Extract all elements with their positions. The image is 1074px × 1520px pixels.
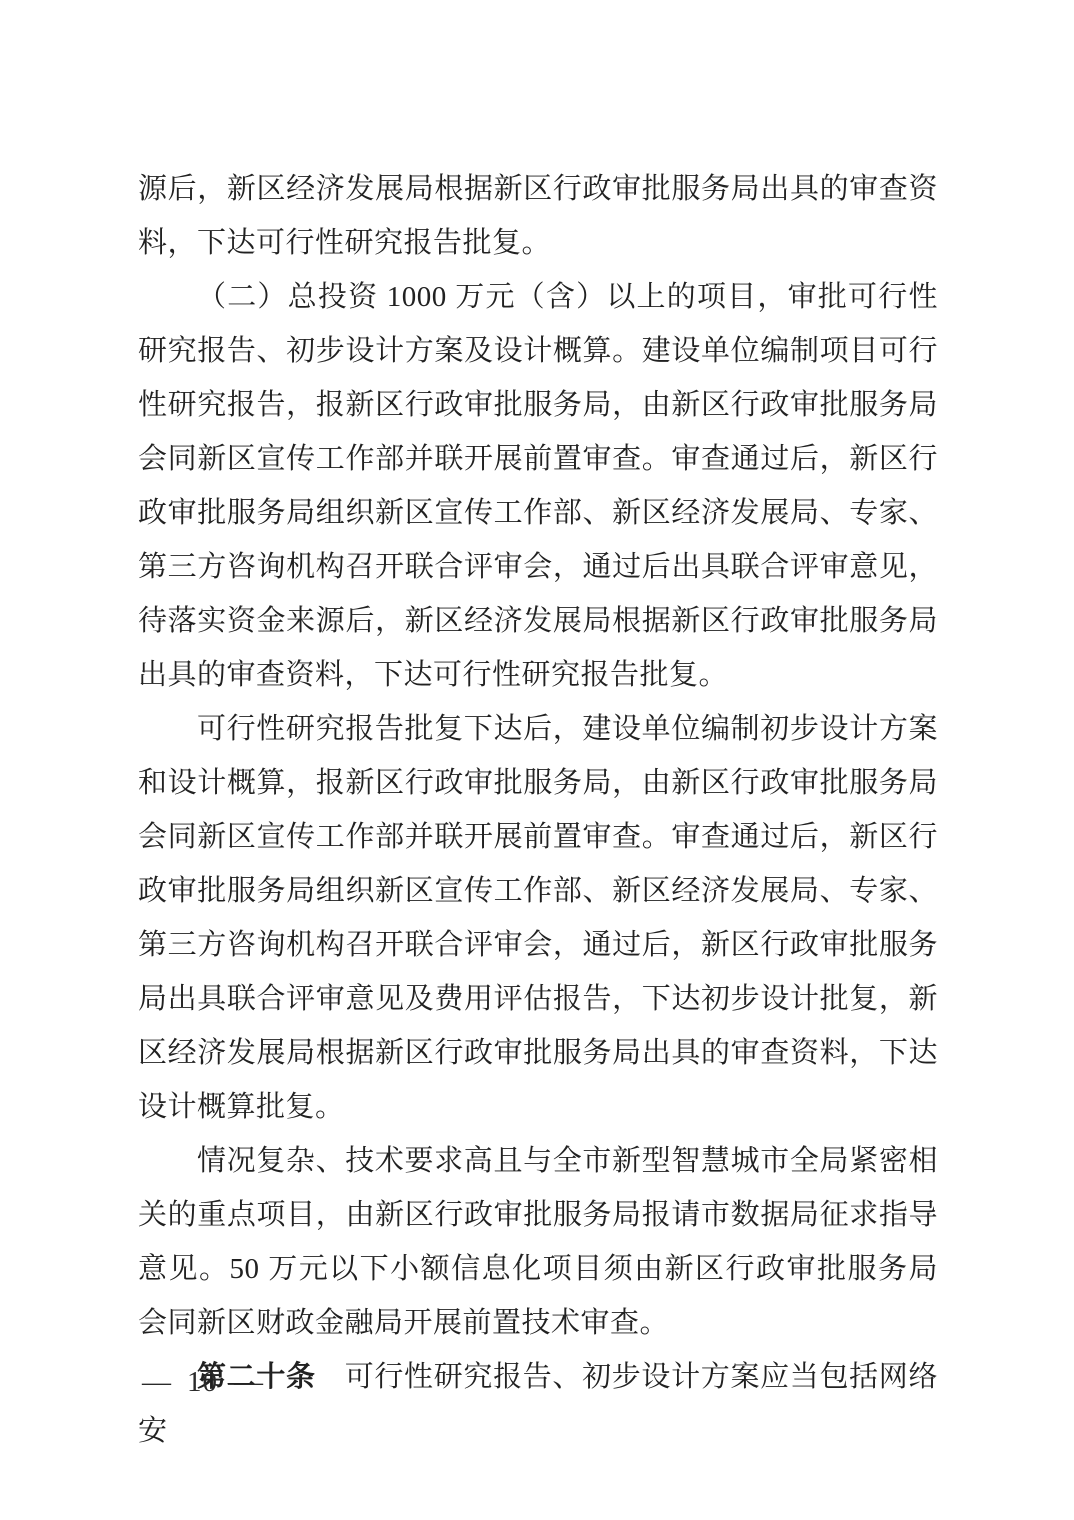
body-paragraph: 可行性研究报告批复下达后，建设单位编制初步设计方案和设计概算，报新区行政审批服务… <box>138 702 938 1134</box>
footer-right-dash: — <box>234 1366 263 1399</box>
footer-left-dash: — <box>142 1366 171 1399</box>
body-paragraph: 源后，新区经济发展局根据新区行政审批服务局出具的审查资料，下达可行性研究报告批复… <box>138 162 938 270</box>
document-page: 源后，新区经济发展局根据新区行政审批服务局出具的审查资料，下达可行性研究报告批复… <box>0 0 1074 1520</box>
page-number: 10 <box>187 1366 218 1399</box>
body-paragraph: （二）总投资 1000 万元（含）以上的项目，审批可行性研究报告、初步设计方案及… <box>138 270 938 702</box>
body-paragraph: 情况复杂、技术要求高且与全市新型智慧城市全局紧密相关的重点项目，由新区行政审批服… <box>138 1134 938 1350</box>
document-body: 源后，新区经济发展局根据新区行政审批服务局出具的审查资料，下达可行性研究报告批复… <box>138 162 938 1458</box>
page-footer: — 10 — <box>142 1355 263 1409</box>
